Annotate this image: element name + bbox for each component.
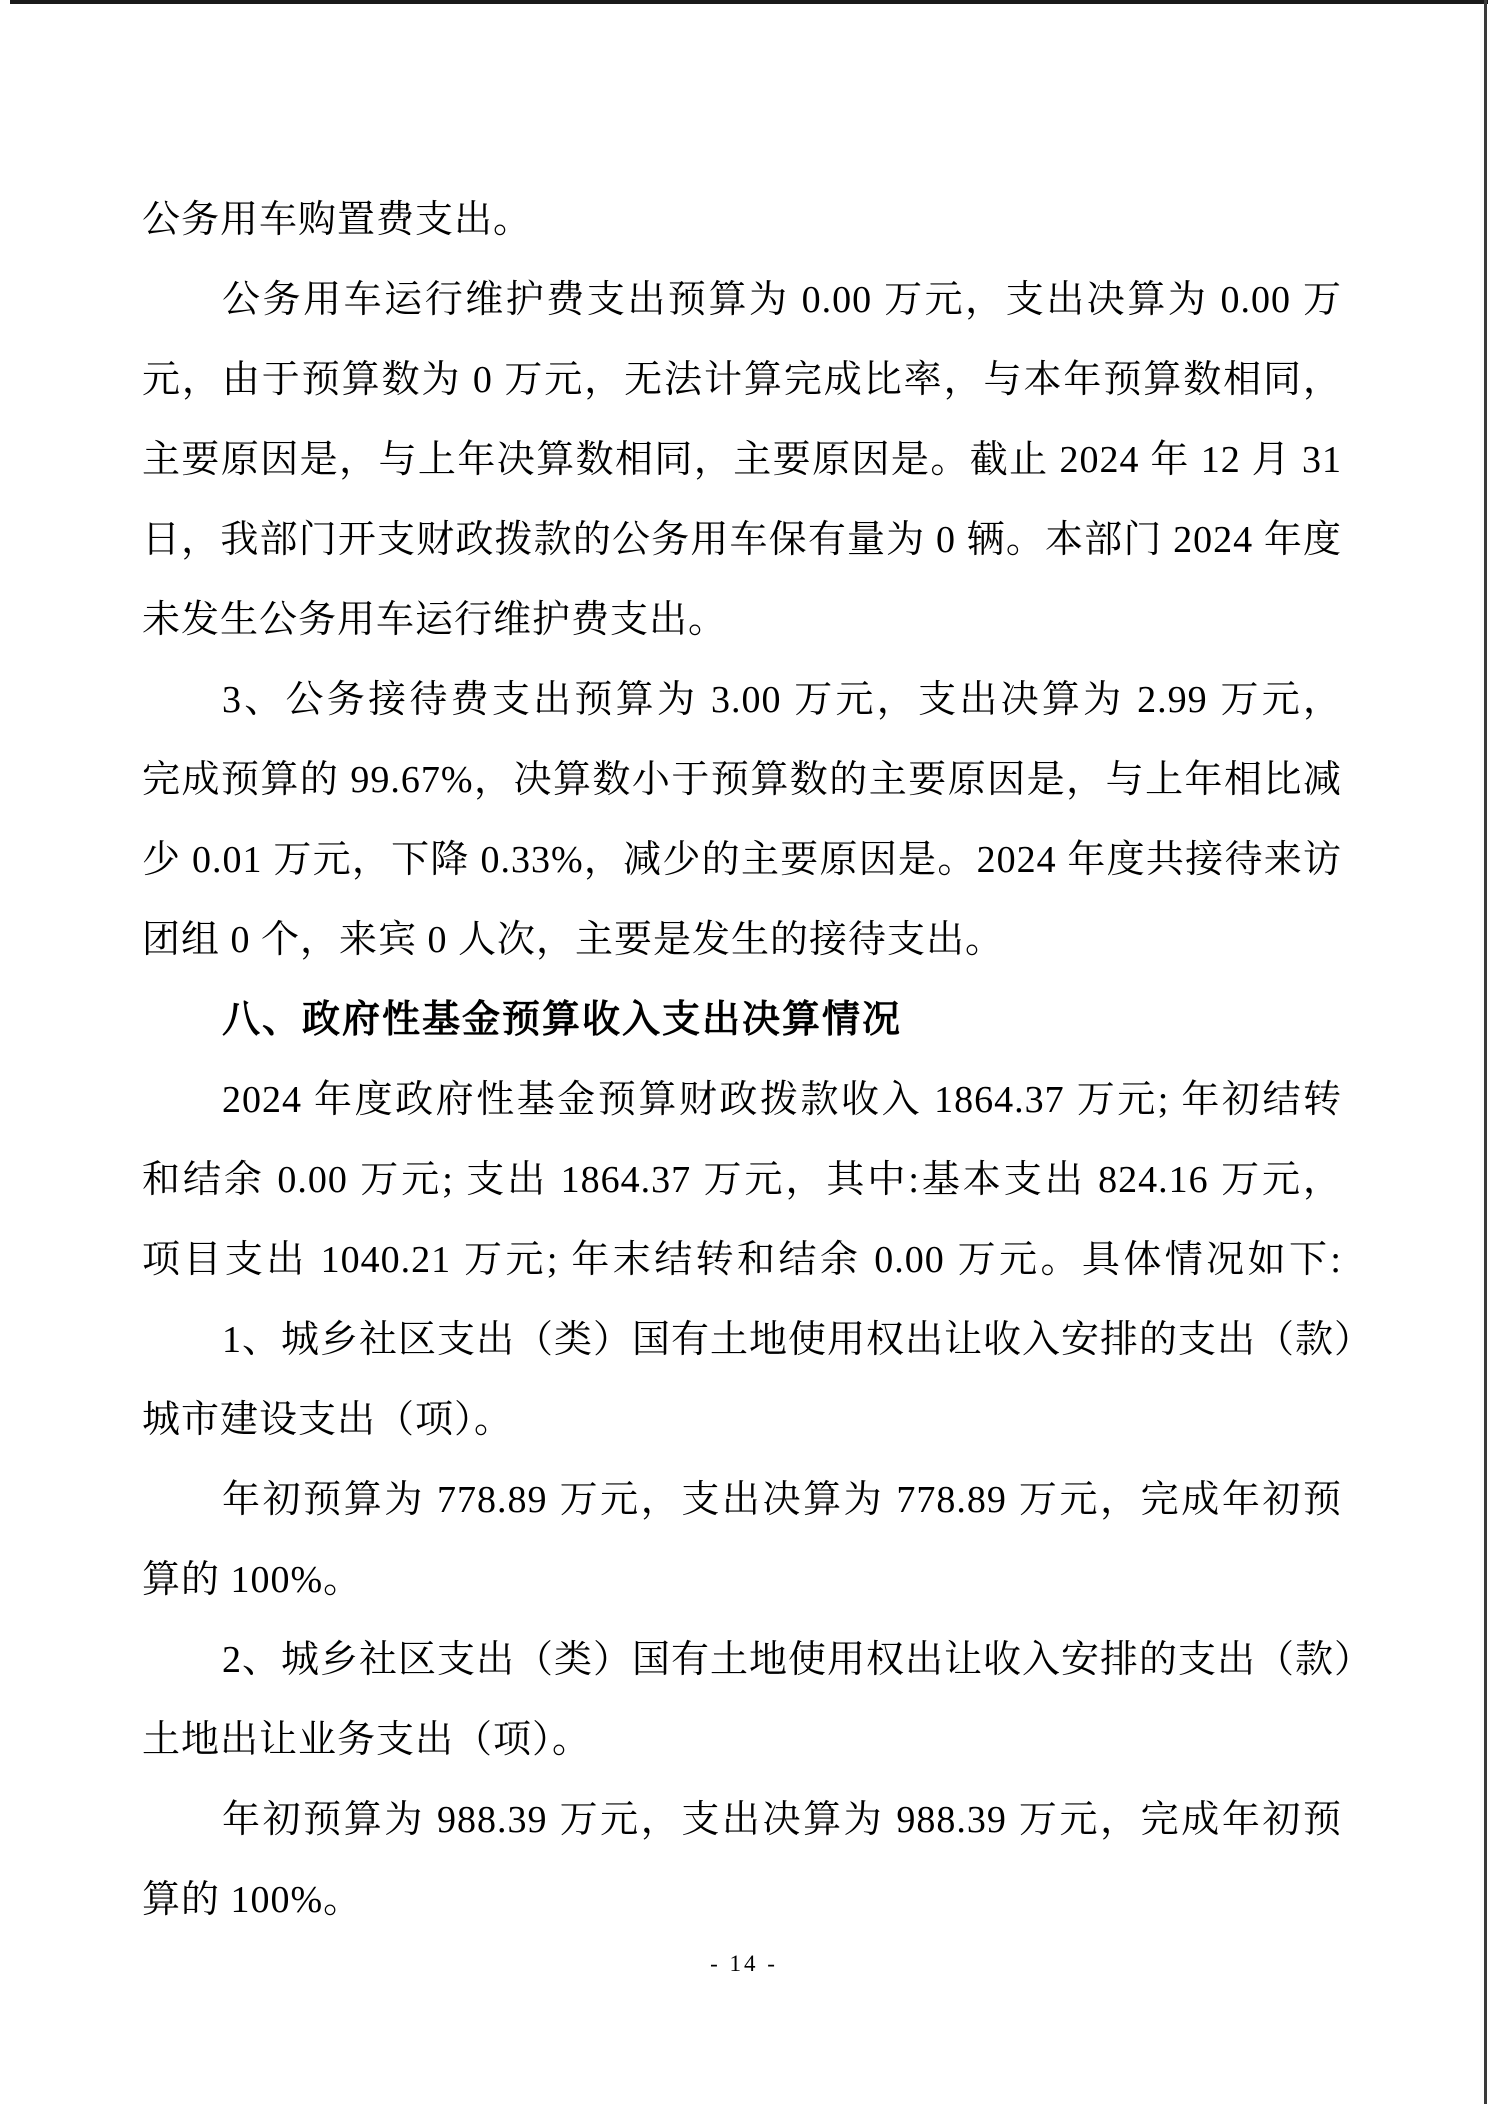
body-text-line: 3、公务接待费支出预算为 3.00 万元，支出决算为 2.99 万元， [142,660,1342,740]
body-text-line: 年初预算为 988.39 万元，支出决算为 988.39 万元，完成年初预 [142,1780,1342,1860]
body-text-line: 公务用车运行维护费支出预算为 0.00 万元，支出决算为 0.00 万 [142,260,1342,340]
section-heading: 八、政府性基金预算收入支出决算情况 [142,980,1342,1060]
document-body: 公务用车购置费支出。公务用车运行维护费支出预算为 0.00 万元，支出决算为 0… [142,180,1342,1940]
body-text-line: 元，由于预算数为 0 万元，无法计算完成比率，与本年预算数相同， [142,340,1342,420]
body-text-line: 团组 0 个，来宾 0 人次，主要是发生的接待支出。 [142,900,1342,980]
body-text-line: 未发生公务用车运行维护费支出。 [142,580,1342,660]
body-text-line: 1、城乡社区支出（类）国有土地使用权出让收入安排的支出（款） [142,1300,1342,1380]
body-text-line: 年初预算为 778.89 万元，支出决算为 778.89 万元，完成年初预 [142,1460,1342,1540]
body-text-line: 2024 年度政府性基金预算财政拨款收入 1864.37 万元; 年初结转 [142,1060,1342,1140]
body-text-line: 少 0.01 万元，下降 0.33%，减少的主要原因是。2024 年度共接待来访 [142,820,1342,900]
body-text-line: 城市建设支出（项）。 [142,1380,1342,1460]
body-text-line: 土地出让业务支出（项）。 [142,1700,1342,1780]
body-text-line: 算的 100%。 [142,1540,1342,1620]
body-text-line: 主要原因是，与上年决算数相同，主要原因是。截止 2024 年 12 月 31 [142,420,1342,500]
body-text-line: 算的 100%。 [142,1860,1342,1940]
page-number: - 14 - [0,1944,1488,1984]
body-text-line: 日，我部门开支财政拨款的公务用车保有量为 0 辆。本部门 2024 年度 [142,500,1342,580]
scan-edge-right-artifact [1484,0,1487,2104]
scan-edge-top-artifact [10,0,1488,4]
document-page: 公务用车购置费支出。公务用车运行维护费支出预算为 0.00 万元，支出决算为 0… [0,0,1488,2104]
body-text-line: 完成预算的 99.67%，决算数小于预算数的主要原因是，与上年相比减 [142,740,1342,820]
body-text-line: 2、城乡社区支出（类）国有土地使用权出让收入安排的支出（款） [142,1620,1342,1700]
body-text-line: 和结余 0.00 万元; 支出 1864.37 万元，其中:基本支出 824.1… [142,1140,1342,1220]
body-text-line: 项目支出 1040.21 万元; 年末结转和结余 0.00 万元。具体情况如下: [142,1220,1342,1300]
body-text-line: 公务用车购置费支出。 [142,180,1342,260]
